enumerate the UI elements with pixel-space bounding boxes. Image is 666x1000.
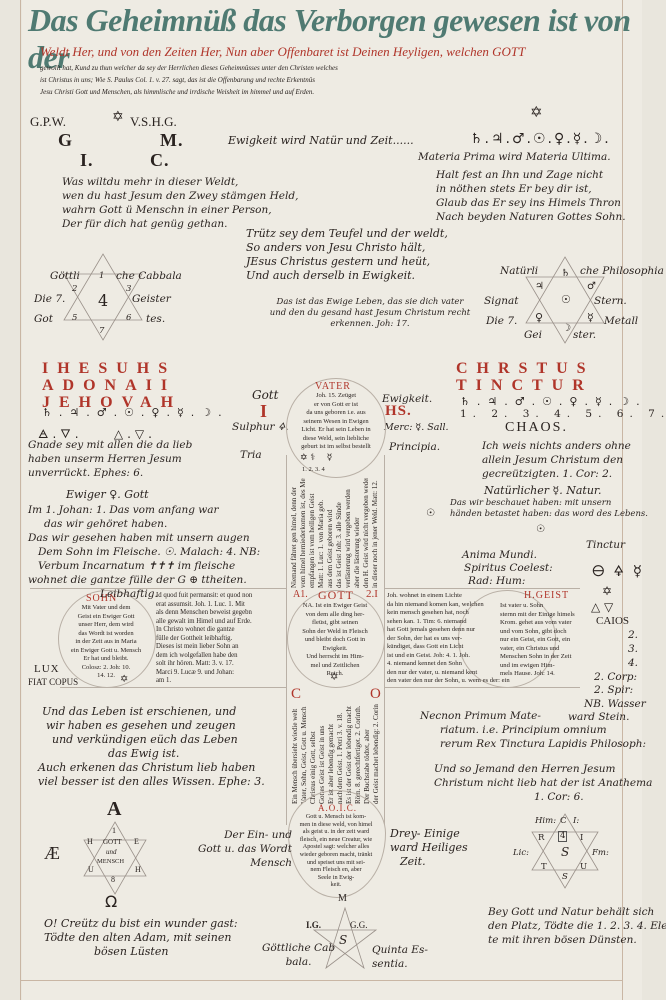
hex-number: 1 <box>99 271 104 282</box>
text-line: Der Ein- und <box>198 828 292 842</box>
text-line: Der Buchstabe tödtet, aber <box>363 704 372 804</box>
left-middle-text: Im 1. Johan: 1. Das vom anfang war das w… <box>28 503 260 601</box>
number-row: 1. 2. 3. 4. 5. 6. 7. <box>460 407 666 421</box>
hex-label: Göttli <box>50 269 80 283</box>
chaos-heading: CHAOS. <box>505 420 568 436</box>
star-label: GOTT <box>103 838 122 847</box>
gott-i-label: 2.I <box>366 588 378 600</box>
verse-line: in nöthen stets Er bey dir ist, <box>436 182 626 196</box>
text-line: Licht. Er hat sein Leben in <box>292 426 380 435</box>
hex-label: C <box>560 816 567 827</box>
hex-label: I: <box>573 816 579 827</box>
hex-number-center: 4 <box>98 291 108 310</box>
hex-number: 5 <box>72 313 77 324</box>
hex-label: Got <box>34 312 53 326</box>
text-line: Leibhaftig. <box>28 587 260 601</box>
text-line: Marci 9. Lucæ 9. und Johan: <box>156 669 252 678</box>
letter-i: I. <box>80 150 94 171</box>
text-line: Apostel sagt: welcher alles <box>290 843 382 851</box>
text-line: gecreützigten. 1. Cor: 2. <box>482 467 631 481</box>
list-item: 2. Corp: <box>594 670 637 684</box>
star-label: MENSCH <box>97 858 124 867</box>
text-line: wir haben es gesehen und zeugen <box>38 719 265 733</box>
closing-text: Bey Gott und Natur behält sich den Platz… <box>488 905 666 947</box>
text-line: nur ein Geist, ein Gott, ein <box>500 636 575 645</box>
text-line: Joh. wohnet in einem Lichte <box>387 592 510 601</box>
hex-number: 2 <box>72 284 77 295</box>
ewiger-gott-heading: Ewiger ♀. Gott <box>66 488 149 502</box>
red-o-letter: O <box>370 686 381 703</box>
vater-title: VATER <box>315 381 351 392</box>
hex-label: Natürli <box>500 264 538 278</box>
text-line: Tödte den alten Adam, mit seinen <box>44 931 238 945</box>
right-verse: Halt fest an Ihn und Zage nicht in nöthe… <box>436 168 626 224</box>
text-line: Auch erkenen das Christum lieb haben <box>38 761 265 775</box>
text-line: Drey- Einige <box>390 827 468 841</box>
gott-text: NA. Ist ein Ewiger Geist von dem alle di… <box>289 602 381 679</box>
hex-label: ster. <box>573 328 596 342</box>
name-row: CHRSTUS <box>456 360 595 377</box>
star-label: 1 <box>112 827 116 836</box>
text-line: Das wir gesehen haben mit unsern augen <box>28 531 260 545</box>
quote-line: Das ist das Ewige Leben, das sie dich va… <box>250 297 490 308</box>
planet-symbols: ♄.♃.♂.☉.♀.☿.☽. <box>42 406 229 419</box>
cross-line <box>385 687 580 688</box>
geist-left-text: Joh. wohnet in einem Lichte da hin niema… <box>387 592 510 686</box>
star-label: U <box>88 866 94 875</box>
letter-m: M. <box>160 130 184 151</box>
text-line: seinem Wesen in Ewigen <box>292 418 380 427</box>
text-line: ist und ein Geist. Joh: 4. 1. Joh. <box>387 652 510 661</box>
margin-rule-bottom <box>20 980 623 981</box>
text-line: Es ist der Geist der lebendig macht <box>345 704 354 804</box>
venus-icon: ♀ <box>535 311 543 324</box>
vater-text: Joh. 15. Zeüget er von Gott er ist da un… <box>292 392 380 452</box>
text-line: ward Heiliges <box>390 841 468 855</box>
text-line: händen betastet haben: das word des Lebe… <box>450 509 648 520</box>
verse-line: Glaub das Er sey ins Himels Thron <box>436 196 626 210</box>
jupiter-icon: ♃ <box>535 281 544 292</box>
quote-line: und den du gesand hast Jesum Christum re… <box>250 308 490 319</box>
sulphur-label: Sulphur 🜍. <box>232 420 289 434</box>
sun-icon: ☉ <box>426 508 435 519</box>
verse-line: JEsus Christus gestern und heüt, <box>246 255 448 269</box>
triangle-icons: △ ▽ <box>591 600 613 614</box>
vater-numbers: 1. 2. 3. 4 <box>302 466 325 475</box>
text-line: rerum Rex Tinctura Lapidis Philosoph: <box>420 737 646 751</box>
planet-symbols: ♄.♃.♂.☉.♀.☿.☽. <box>470 131 611 147</box>
vertical-text-upper: Niemand fähret gen himel, denn der vom h… <box>290 478 380 588</box>
intro-line-1: gewollt hat, Kund zu thun welcher da sey… <box>40 64 338 73</box>
hex-label: Metall <box>604 314 638 328</box>
list-item: 4. <box>598 656 638 670</box>
hex-label: S <box>562 872 568 883</box>
star-of-david-icon: ✡ ⚕ ☿ <box>300 453 332 463</box>
text-line: ein Ewiger Gott u. Mensch <box>62 647 150 656</box>
pentagram-left-label: I.G. <box>306 920 321 930</box>
hex-label: R <box>538 833 544 844</box>
star-label: und <box>106 848 117 857</box>
text-line: Quinta Es- <box>372 943 428 957</box>
verse-line: Was wiltdu mehr in dieser Weldt, <box>62 175 298 189</box>
text-line: verlästerung wird vergeben werden <box>344 478 353 588</box>
text-line: sehen kan. 1. Tim: 6. niemand <box>387 618 510 627</box>
text-line: vater, ein Christus und <box>500 645 575 654</box>
materia-text: Materia Prima wird Materia Ultima. <box>418 150 611 164</box>
red-hs-label: HS. <box>385 403 412 420</box>
text-line: und im ewigen Him- <box>500 662 575 671</box>
star-of-david-icon: ✡ <box>112 109 124 125</box>
anathema-text: Und so Jemand den Herren Jesum Christum … <box>434 762 652 804</box>
star-label: H <box>87 838 93 847</box>
text-line: Im 1. Johan: 1. Das vom anfang war <box>28 503 260 517</box>
text-line: und bleibt doch Gott in <box>289 636 381 645</box>
text-line: Mensch <box>198 856 292 870</box>
sun-icon: ☉ <box>561 293 571 306</box>
geist-text: Ist vater u. Sohn sternn mit der Einige … <box>500 602 575 679</box>
verse-line: Trütz sey dem Teufel und der weldt, <box>246 227 448 241</box>
sohn-text: Mit Vater und dem Geist ein Ewiger Gott … <box>62 604 150 681</box>
letter-c: C. <box>150 150 170 171</box>
hex-label: Die 7. <box>34 292 65 306</box>
text-line: er von Gott er ist <box>292 401 380 410</box>
text-line: Und so Jemand den Herren Jesum <box>434 762 652 776</box>
text-line: sentia. <box>372 957 428 971</box>
gott-title: GOTT <box>318 588 354 603</box>
text-line: Colosz: 2. Joh: 10. <box>62 664 150 673</box>
text-line: 1. Cor: 6. <box>434 790 652 804</box>
text-line: Christum nicht lieb hat der ist Anathema <box>434 776 652 790</box>
text-line: solt ihr hören. Matt: 3. v. 17. <box>156 660 252 669</box>
lux-label: LUX <box>34 663 60 675</box>
text-line: den H. Geist wird nicht vergeben weder <box>362 478 371 588</box>
text-line: geburt ist im selbst bestellt <box>292 443 380 452</box>
hex-number: 3 <box>126 284 131 295</box>
verse-line: wen du hast Jesum den Zwey stämgen Held, <box>62 189 298 203</box>
verse-line: So anders von Jesu Christo hält, <box>246 241 448 255</box>
text-line: wohnet die gantze fülle der G ⊕ ttheiten… <box>28 573 260 587</box>
hex-label: Gei <box>524 328 542 342</box>
text-line: fülle der Gottheit leibhaftig. <box>156 635 252 644</box>
merc-sall-label: Merc: ☿. Sall. <box>384 421 449 435</box>
cross-line <box>60 687 286 688</box>
text-line: Ein Mensch übersieht wiedie welt <box>291 704 300 804</box>
sun-icon: ☉ <box>536 524 545 535</box>
text-line: In Christo wohnet die gantze <box>156 626 252 635</box>
initials-vshg: V.S.H.G. <box>130 114 177 130</box>
eternity-text: Ewigkeit wird Natür und Zeit...... <box>228 134 414 148</box>
text-line: nem Fleisch en, aber <box>290 866 382 874</box>
center-verse: Trütz sey dem Teufel und der weldt, So a… <box>246 227 448 283</box>
hex-label: tes. <box>146 312 165 326</box>
red-i-label: I <box>260 401 268 422</box>
text-line: Ich weis nichts anders ohne <box>482 439 631 453</box>
divine-names: IHESUHS ADONAII JEHOVAH <box>42 360 182 411</box>
text-line: unverrückt. Ephes: 6. <box>28 466 192 480</box>
text-line: Seele in Ewig- <box>290 874 382 882</box>
text-line: der Sohn, der hat es uns ver- <box>387 635 510 644</box>
star-of-david-icon: ✡ <box>602 584 612 598</box>
text-line: Röm. 8. gerechtfertiget. 2. Corinth. <box>354 704 363 804</box>
text-line: Geist ein Ewiger Gott <box>62 613 150 622</box>
text-line: keit. <box>290 881 382 889</box>
star-label: 8 <box>111 876 115 885</box>
text-line: Vater, Sohn, Geist, Gott u. Mensch <box>300 704 309 804</box>
text-line: als denn Menschen beweist gegebn <box>156 609 252 618</box>
intro-line-2: ist Christus in uns; Wie S. Paulus Col. … <box>40 76 315 85</box>
text-line: da hin niemand komen kan, welchen <box>387 601 510 610</box>
star-label: H <box>135 866 141 875</box>
gott-label: Gott <box>252 388 278 402</box>
left-verse: Was wiltdu mehr in dieser Weldt, wen du … <box>62 175 298 231</box>
dreyeinige-text: Drey- Einige ward Heiliges Zeit. <box>390 827 468 869</box>
star-label: E <box>134 838 139 847</box>
pentagram-center-label: S <box>339 933 347 947</box>
text-line: den nur der vater, u. niemand kent <box>387 669 510 678</box>
text-line: diese Weld, sein liebliche <box>292 435 380 444</box>
text-line: Zeit. <box>390 855 468 869</box>
pentagram-top-label: M <box>338 893 347 904</box>
letter-g: G <box>58 130 73 151</box>
saturn-icon: ♄ <box>561 268 570 279</box>
text-line: NA. Ist ein Ewiger Geist <box>289 602 381 611</box>
hex-label: Die 7. <box>486 314 517 328</box>
text-line: aus dem Geist geboren wird <box>326 478 335 588</box>
text-line: Dieses ist mein lieber Sohn an <box>156 643 252 652</box>
mercury-icon: ☿ <box>587 311 594 324</box>
alchemical-symbols-icon: 🜔 🜍 ☿ <box>592 554 644 585</box>
hex-label: Signat <box>484 294 519 308</box>
text-line: Gott u. das Wordt <box>198 842 292 856</box>
text-line: erat assumsit. Joh. 1. Luc. 1. Mit <box>156 601 252 610</box>
rad-hum: Rad: Hum: <box>468 574 525 588</box>
text-line: Joh. 15. Zeüget <box>292 392 380 401</box>
quote-line: erkennen. Joh: 17. <box>250 319 490 330</box>
hex-label: Stern. <box>594 294 627 308</box>
text-line: den Platz, Tödte die 1. 2. 3. 4. Elemen- <box>488 919 666 933</box>
hex-label: Lic: <box>513 848 529 859</box>
verse-line: Halt fest an Ihn und Zage nicht <box>436 168 626 182</box>
text-line: haben unserm Herren Jesum <box>28 452 192 466</box>
text-line: mels Hause. Joh: 14. <box>500 670 575 679</box>
hex-label: Geister <box>132 292 171 306</box>
name-row: TINCTUR <box>456 377 595 394</box>
hex-label: che Philosophia <box>580 264 664 278</box>
star-of-david-icon: ✡ <box>120 674 128 685</box>
text-line: und speiset uns mit sei- <box>290 859 382 867</box>
hex-label: U <box>580 862 587 873</box>
margin-rule-left <box>20 0 21 1000</box>
text-line: das ist Geist Joh: 3. alle Sünde <box>335 478 344 588</box>
verse-line: wahrn Gott ü Menschn in einer Person, <box>62 203 298 217</box>
text-line: da uns geboren i.e. aus <box>292 409 380 418</box>
text-line: und verkündigen eüch das Leben <box>38 733 265 747</box>
hex-number: 6 <box>126 313 131 324</box>
text-line: Ist vater u. Sohn <box>500 602 575 611</box>
text-line: Dem Sohn im Fleische. ☉. Malach: 4. NB: <box>28 545 260 559</box>
star-of-david-icon: ✡ <box>330 672 338 683</box>
text-line: Krom. gehet aus vom vater <box>500 619 575 628</box>
text-line: Gottes Geist ist Geist in uns <box>318 704 327 804</box>
chaos-text: Ich weis nichts anders ohne allein Jesum… <box>482 439 631 481</box>
list-item: 3. <box>598 642 638 656</box>
text-line: empfangen ist vom heiligen Geist <box>308 478 317 588</box>
text-line: riatum. i.e. Principium omnium <box>420 723 646 737</box>
text-line: das Wordt ist worden <box>62 630 150 639</box>
cross-verse: O! Creütz du bist ein wunder gast: Tödte… <box>44 917 238 959</box>
hex-number: 7 <box>99 326 104 337</box>
text-line: Gott u. Mensch ist kom- <box>290 813 382 821</box>
text-line: fleisch, ein neue Creatur, wie <box>290 836 382 844</box>
verse-line: Und auch derselb in Ewigkeit. <box>246 269 448 283</box>
text-line: te mit ihren bösen Dünsten. <box>488 933 666 947</box>
text-line: wieder geboren macht, tränkt <box>290 851 382 859</box>
text-line: unser Herr, dem wird <box>62 621 150 630</box>
text-line: Und herrscht im Him- <box>289 653 381 662</box>
text-line: am 1. <box>156 677 252 686</box>
text-line: Das wir beschauet haben: mit unsern <box>450 498 648 509</box>
text-line: als geist u. in der zeit ward <box>290 828 382 836</box>
vertical-text-lower: Ein Mensch übersieht wiedie welt Vater, … <box>291 704 381 804</box>
cabbala-label: Göttliche Cab bala. <box>262 941 335 969</box>
principia-label: Principia. <box>389 440 440 454</box>
spiritus-coelest: Spiritus Coelest: <box>464 561 553 575</box>
red-c-letter: C <box>291 686 301 703</box>
gott-a-label: A1. <box>293 589 308 600</box>
text-line: vom himel herniederkomen ist, des Mensch… <box>299 478 308 588</box>
star-of-david-icon: ✡ <box>530 103 543 121</box>
text-line: 4. niemand kennet den Sohn <box>387 660 510 669</box>
list-item: 2. <box>598 628 638 642</box>
letter-a: A <box>107 798 121 821</box>
omega-icon: Ω <box>105 892 117 911</box>
text-line: Necnon Primum Mate- <box>420 709 646 723</box>
name-row: ADONAII <box>42 377 182 394</box>
pentagram-right-label: G.G. <box>350 920 368 930</box>
text-line: Menschen Sohn in der Zeit <box>500 653 575 662</box>
moon-icon: ☽ <box>562 323 571 334</box>
name-row: IHESUHS <box>42 360 182 377</box>
hex-label: Him: <box>535 816 556 827</box>
text-line: hat Gott jemals gesehen denn nur <box>387 626 510 635</box>
text-line: Gnade sey mit allen die da lieb <box>28 438 192 452</box>
text-line: Mit Vater und dem <box>62 604 150 613</box>
fiat-label: FIAT COPUS <box>28 677 78 687</box>
hex-label: Fm: <box>592 848 609 859</box>
text-line: Verbum Incarnatum ✝✝✝ im fleische <box>28 559 260 573</box>
text-line: alle gewalt im Himel und auf Erde. <box>156 618 252 627</box>
tria-label: Tria <box>240 448 262 462</box>
geist-title: H.GEIST <box>524 590 569 601</box>
text-line: allein Jesum Christum den <box>482 453 631 467</box>
intro-line-3: Jesu Christi Gott und Menschen, als himm… <box>40 88 314 97</box>
text-line: Ewigkeit. <box>289 645 381 654</box>
text-line: den vater den nur der Sohn, u. wem es de… <box>387 677 510 686</box>
text-line: bösen Lüsten <box>44 945 238 959</box>
text-line: in der Zeit aus in Maria <box>62 638 150 647</box>
text-line: Niemand fähret gen himel, denn der <box>290 478 299 588</box>
chaos-label: CAIOS <box>596 615 629 627</box>
ein-gott-text: Der Ein- und Gott u. das Wordt Mensch <box>198 828 292 870</box>
text-line: Göttliche Cab <box>262 941 335 955</box>
initials-gpw: G.P.W. <box>30 114 66 130</box>
text-line: bala. <box>262 955 335 969</box>
text-line: dem ich wolgefallen habe den <box>156 652 252 661</box>
text-line: das wir gehöret haben. <box>28 517 260 531</box>
hex-label-box: 4 <box>558 831 567 842</box>
chaos-list: 2. 3. 4. <box>598 628 638 670</box>
center-quote: Das ist das Ewige Leben, das sie dich va… <box>250 297 490 330</box>
text-line: Sohn der Weld in Fleisch <box>289 628 381 637</box>
list-item: 2. Spir: <box>594 683 633 697</box>
left-lower-verse: Und das Leben ist erschienen, und wir ha… <box>38 705 265 789</box>
page-subtitle: Weldt Her, und von den Zeiten Her, Nun a… <box>40 44 525 60</box>
text-line: O! Creütz du bist ein wunder gast: <box>44 917 238 931</box>
text-line: mel und Zeitlichen <box>289 662 381 671</box>
tinctur-label: Tinctur <box>586 538 625 552</box>
anima-mundi: Anima Mundi. <box>462 548 537 562</box>
hex-label: T <box>541 862 547 873</box>
text-line: kündiget, dass Gott ein Licht <box>387 643 510 652</box>
text-line: sternn mit der Einige himels <box>500 611 575 620</box>
latin-text: Necnon Primum Mate- riatum. i.e. Princip… <box>420 709 646 751</box>
text-line: viel besser ist den alles Wissen. Ephe: … <box>38 775 265 789</box>
cross-line <box>385 588 580 589</box>
text-line: Er ist aber lebendig gemacht <box>327 704 336 804</box>
text-line: in dieser noch in jener Weld. Matt: 12. <box>371 478 380 588</box>
verse-line: Nach beyden Naturen Gottes Sohn. <box>436 210 626 224</box>
text-line: Bey Gott und Natur behält sich <box>488 905 666 919</box>
mars-icon: ♂ <box>587 281 596 292</box>
text-line: und vom Sohn, gibt doch <box>500 628 575 637</box>
aoic-title: A.O.I.C. <box>318 803 357 813</box>
quinta-label: Quinta Es- sentia. <box>372 943 428 971</box>
text-line: Und das Leben ist erschienen, und <box>38 705 265 719</box>
aoic-text: Gott u. Mensch ist kom- men in diese wel… <box>290 813 382 889</box>
text-line: men in diese weld, von himel <box>290 821 382 829</box>
text-line: Matt: 1. Luc: 1. von Maria geb. <box>317 478 326 588</box>
hex-label: che Cabbala <box>116 269 182 283</box>
hex-label: I <box>580 833 583 844</box>
sohn-right-text: Id quod fuit permansit: et quod non erat… <box>156 592 252 686</box>
letter-ae: Æ <box>44 843 60 864</box>
text-line: aber die lästerung wieder <box>353 478 362 588</box>
natural-text: Das wir beschauet haben: mit unsern händ… <box>450 498 648 520</box>
grace-text: Gnade sey mit allen die da lieb haben un… <box>28 438 192 480</box>
text-line: Christus einig Gott, selbst <box>309 704 318 804</box>
text-line: nach dem Geist. 1. Petri 3. v. 18. <box>336 704 345 804</box>
natural-heading: Natürlicher ☿. Natur. <box>484 484 601 498</box>
text-line: kein mensch gesehen hat, noch <box>387 609 510 618</box>
christus-tinctur: CHRSTUS TINCTUR <box>456 360 595 394</box>
text-line: fleüst, gibt seinen <box>289 619 381 628</box>
text-line: das Ewig ist. <box>38 747 265 761</box>
text-line: der Geist machet lebendig: 2. Corinth. a… <box>372 704 381 804</box>
text-line: Er hat und bleibt. <box>62 655 150 664</box>
hex-label: S <box>561 845 569 859</box>
text-line: von dem alle ding her- <box>289 611 381 620</box>
